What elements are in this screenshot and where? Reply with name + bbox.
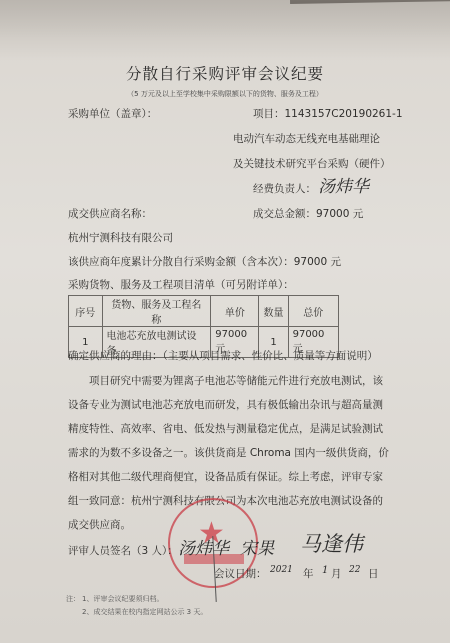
reason-heading: 确定供应商的理由：（主要从项目需求、性价比、质量等方面说明） [68,348,378,363]
note-item: 2、成交结果在校内指定网站公示 3 天。 [82,607,207,617]
reason-line: 项目研究中需要为锂离子电池芯等储能元件进行充放电测试，该 [89,373,383,388]
document-title: 分散自行采购评审会议纪要 [0,62,450,84]
month-unit: 月 [331,566,342,581]
total-amount: 成交总金额：97000 元 [253,206,363,221]
reason-line: 需求的为数不多设备之一。该供货商是 Chroma 国内一级供货商，价 [68,445,389,460]
procurement-minutes-document: 分散自行采购评审会议纪要 （5 万元及以上至学校集中采购限额以下的货物、服务及工… [0,0,450,643]
reviewer-signature-3: 马逢伟 [300,528,363,558]
reason-line: 精度特性、高效率、省电、低发热与测量稳定优点，是满足试验测试 [68,421,383,436]
header-index: 序号 [69,296,103,327]
table-header-row: 序号 货物、服务及工程名称 单价 数量 总价 [69,296,339,327]
supplier-label: 成交供应商名称： [68,206,152,221]
header-unit-price: 单价 [211,296,259,327]
reason-line: 设备专业为测试电池芯充放电而研发，具有极低输出杂讯与超高量测 [68,397,383,412]
project-code: 项目：1143157C20190261-1 [253,106,403,121]
reason-line: 格相对其他二级代理商便宜，设备品质有保证。综上考虑，评审专家 [68,469,383,484]
meeting-day: 22 [349,565,360,575]
project-name-line1: 电动汽车动态无线充电基础理论 [233,131,380,146]
reviewer-signature-2: 宋果 [240,534,274,559]
header-quantity: 数量 [259,296,288,327]
day-unit: 日 [368,566,379,581]
meeting-month: 1 [322,565,328,576]
project-name-line2: 及关键技术研究平台采购（硬件） [233,156,391,171]
document-subtitle: （5 万元及以上至学校集中采购限额以下的货物、服务及工程） [0,89,450,99]
reviewers-label: 评审人员签名（3 人）： [68,543,178,558]
annual-cumulative-amount: 该供应商年度累计分散自行采购金额（含本次）：97000 元 [68,254,341,269]
reason-line: 成交供应商。 [68,517,131,532]
items-heading: 采购货物、服务及工程项目清单（可另附详单）： [68,277,294,292]
supplier-name: 杭州宁测科技有限公司 [68,230,173,245]
fund-manager-signature: 汤炜华 [318,172,369,197]
meeting-date-label: 会议日期： [214,566,267,581]
note-item: 1、评审会议纪要须归档。 [82,594,163,604]
meeting-year: 2021 [270,565,293,575]
fund-manager-label: 经费负责人： [253,181,316,196]
purchaser-label: 采购单位（盖章）： [68,106,157,121]
header-total-price: 总价 [288,296,338,327]
header-item-name: 货物、服务及工程名称 [102,296,211,327]
year-unit: 年 [303,566,314,581]
reviewer-signature-1: 汤炜华 [178,534,229,559]
notes-label: 注： [66,594,80,604]
